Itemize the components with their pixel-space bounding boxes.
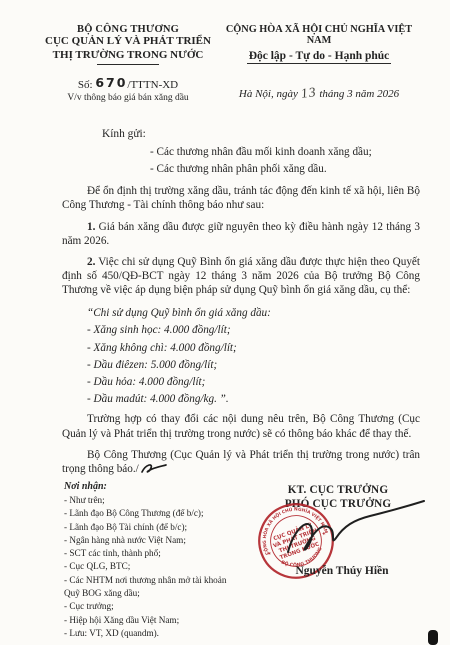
salutation: Kính gửi: bbox=[102, 127, 420, 141]
document-number-line: Số: 670/TTTN-XD bbox=[30, 76, 226, 91]
signer-name: Nguyễn Thúy Hiền bbox=[252, 565, 432, 577]
recipient-list: - Các thương nhân đầu mối kinh doanh xăn… bbox=[150, 144, 420, 177]
issuing-authority-block: BỘ CÔNG THƯƠNG CỤC QUẢN LÝ VÀ PHÁT TRIỂN… bbox=[30, 24, 226, 103]
org-name-line2: THỊ TRƯỜNG TRONG NƯỚC bbox=[30, 49, 226, 63]
org-name-underline bbox=[97, 64, 159, 65]
recipient-item: - Các thương nhân phân phối xăng dầu. bbox=[150, 161, 420, 178]
distribution-item: - Như trên; bbox=[64, 494, 240, 507]
country-name: CỘNG HÒA XÃ HỘI CHỦ NGHĨA VIỆT NAM bbox=[213, 24, 425, 46]
change-notice-paragraph: Trường hợp có thay đổi các nội dung nêu … bbox=[62, 412, 420, 440]
distribution-item: - Cục trưởng; bbox=[64, 600, 240, 613]
fuel-item-bio-gasoline: - Xăng sinh học: 4.000 đồng/lít; bbox=[87, 324, 420, 337]
handwritten-paraph-mark bbox=[140, 462, 168, 475]
distribution-item: - Ngân hàng nhà nước Việt Nam; bbox=[64, 534, 240, 547]
date-suffix: tháng 3 năm 2026 bbox=[319, 88, 399, 100]
distribution-item: - Lãnh đạo Bộ Công Thương (để b/c); bbox=[64, 507, 240, 520]
handwritten-day: 13 bbox=[298, 84, 320, 102]
distribution-block: Nơi nhận: - Như trên; - Lãnh đạo Bộ Công… bbox=[64, 481, 240, 640]
letter-body: Kính gửi: - Các thương nhân đầu mối kinh… bbox=[62, 127, 420, 476]
fuel-item-mazut: - Dầu madút: 4.000 đồng/kg. ”. bbox=[87, 393, 420, 406]
date-prefix: Hà Nội, ngày bbox=[239, 88, 298, 100]
distribution-list: - Như trên; - Lãnh đạo Bộ Công Thương (đ… bbox=[64, 494, 240, 640]
national-motto: Độc lập - Tự do - Hạnh phúc bbox=[247, 50, 392, 64]
item-1-paragraph: 1. Giá bán xăng dầu được giữ nguyên theo… bbox=[62, 220, 420, 248]
number-label: Số: bbox=[78, 79, 93, 91]
closing-paragraph: Bộ Công Thương (Cục Quản lý và Phát triể… bbox=[62, 448, 420, 476]
parent-org-name: BỘ CÔNG THƯƠNG bbox=[30, 24, 226, 35]
distribution-item: - Lãnh đạo Bộ Tài chính (để b/c); bbox=[64, 521, 240, 534]
place-date-line: Hà Nội, ngày13tháng 3 năm 2026 bbox=[213, 85, 425, 101]
handwritten-signature bbox=[278, 494, 430, 566]
intro-paragraph: Để ổn định thị trường xăng dầu, tránh tá… bbox=[62, 184, 420, 212]
distribution-item: - SCT các tỉnh, thành phố; bbox=[64, 547, 240, 560]
stamped-document-number: 670 bbox=[95, 75, 127, 90]
item-2-text: Việc chi sử dụng Quỹ Bình ổn giá xăng dầ… bbox=[62, 256, 420, 296]
recipient-item: - Các thương nhân đầu mối kinh doanh xăn… bbox=[150, 144, 420, 161]
fuel-item-unleaded-gasoline: - Xăng không chì: 4.000 đồng/lít; bbox=[87, 342, 420, 355]
distribution-item: - Lưu: VT, XD (quandm). bbox=[64, 627, 240, 640]
distribution-item: - Cục QLG, BTC; bbox=[64, 560, 240, 573]
org-name-line1: CỤC QUẢN LÝ VÀ PHÁT TRIỂN bbox=[30, 35, 226, 49]
quote-heading: “Chi sử dụng Quỹ bình ổn giá xăng dầu: bbox=[87, 306, 420, 320]
distribution-item: - Các NHTM nơi thương nhân mở tài khoản … bbox=[64, 574, 240, 601]
distribution-label: Nơi nhận: bbox=[64, 481, 240, 492]
fuel-item-kerosene: - Dầu hỏa: 4.000 đồng/lít; bbox=[87, 376, 420, 389]
official-letter-page: BỘ CÔNG THƯƠNG CỤC QUẢN LÝ VÀ PHÁT TRIỂN… bbox=[0, 0, 450, 645]
fuel-subsidy-list: - Xăng sinh học: 4.000 đồng/lít; - Xăng … bbox=[87, 324, 420, 405]
national-motto-block: CỘNG HÒA XÃ HỘI CHỦ NGHĨA VIỆT NAM Độc l… bbox=[213, 24, 425, 101]
closing-text: Bộ Công Thương (Cục Quản lý và Phát triể… bbox=[62, 449, 420, 475]
document-subject: V/v thông báo giá bán xăng dầu bbox=[30, 93, 226, 103]
scan-artifact-mark bbox=[428, 630, 438, 645]
item-1-text: Giá bán xăng dầu được giữ nguyên theo kỳ… bbox=[62, 221, 420, 247]
item-2-paragraph: 2. Việc chi sử dụng Quỹ Bình ổn giá xăng… bbox=[62, 255, 420, 298]
number-suffix: /TTTN-XD bbox=[127, 79, 178, 91]
fuel-item-diesel: - Dầu điêzen: 5.000 đồng/lít; bbox=[87, 359, 420, 372]
distribution-item: - Hiệp hội Xăng dầu Việt Nam; bbox=[64, 614, 240, 627]
